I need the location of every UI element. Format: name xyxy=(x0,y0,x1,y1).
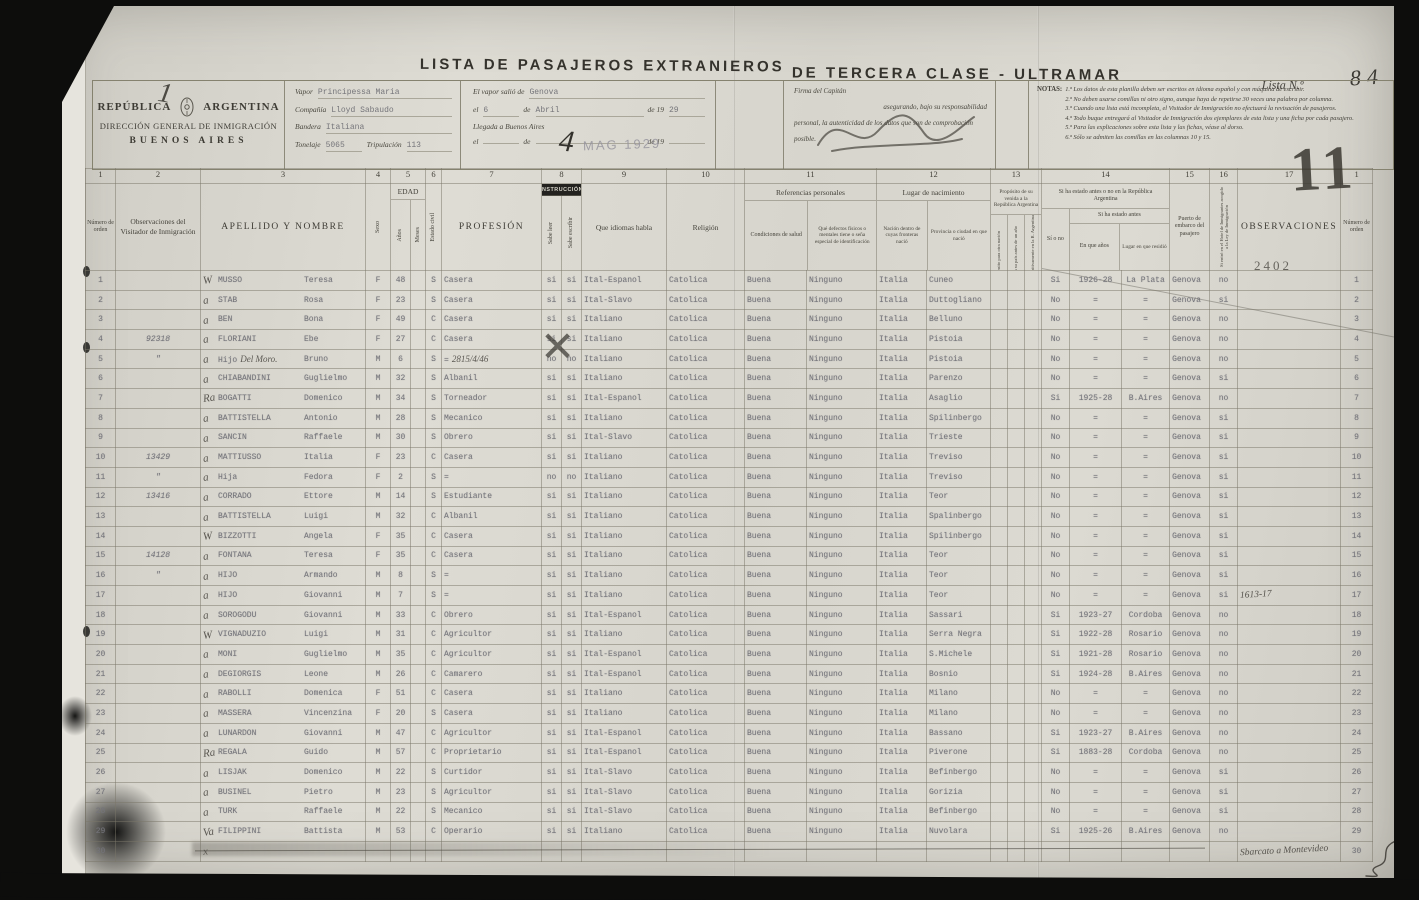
cell-observaciones xyxy=(1238,723,1341,743)
table-row: 27aBUSINELPietroM23SAgricultorsisiItal-S… xyxy=(86,782,1373,802)
cell-sabe-leer: si xyxy=(542,743,562,763)
cell-given-name: Domenica xyxy=(304,689,342,698)
bandera-label: Bandera xyxy=(295,122,321,131)
cell-entro-hotel: si xyxy=(1210,448,1238,468)
cell-sexo: M xyxy=(366,625,391,645)
cell-salud: Buena xyxy=(745,526,807,546)
cell-defectos: Ninguno xyxy=(807,763,877,783)
cell-lugar-residio: = xyxy=(1122,507,1170,527)
cell-sabe-leer: si xyxy=(542,625,562,645)
cell-edad-meses xyxy=(411,802,426,822)
cell-puerto-embarco: Genova xyxy=(1170,743,1210,763)
cell-en-que-anos xyxy=(1070,841,1122,861)
cell-en-que-anos: = xyxy=(1070,704,1122,724)
header-provincia: Provincia o ciudad en que nació xyxy=(927,201,990,270)
document-title-row: LISTA DE PASAJEROS EXTRANIEROS DE TERCER… xyxy=(62,47,1394,56)
cell-observaciones xyxy=(1238,566,1341,586)
cell-estado-civil: S xyxy=(426,763,442,783)
cell-estado-antes-si-no: Si xyxy=(1042,389,1070,409)
cell-proposito-transito xyxy=(991,428,1008,448)
cell-estado-antes-si-no: No xyxy=(1042,566,1070,586)
firma-label: Firma del Capitán xyxy=(794,87,987,95)
header-proposito-group: Propósito de su venida a la República Ar… xyxy=(991,184,1042,271)
cell-edad-meses xyxy=(411,743,426,763)
cell-proposito-volver xyxy=(1008,586,1025,606)
cell-given-name: Bona xyxy=(304,315,323,324)
cell-estado-civil: C xyxy=(426,625,442,645)
cell-proposito-radicarse xyxy=(1025,704,1042,724)
cell-profesion: Albanil xyxy=(442,369,542,389)
cell-provincia: Parenzo xyxy=(927,369,991,389)
cell-lugar-residio: La Plata xyxy=(1122,271,1170,291)
cell-religion: Catolica xyxy=(667,704,745,724)
cell-lugar-residio xyxy=(1122,841,1170,861)
cell-profesion: Casera xyxy=(442,684,542,704)
cell-observaciones xyxy=(1238,389,1341,409)
arrival-stamp-day: 4 xyxy=(557,124,575,159)
cell-profesion: Casera xyxy=(442,310,542,330)
cell-observaciones-visitador xyxy=(116,290,201,310)
passenger-rows: 1WMUSSOTeresaF48SCaserasisiItal-EspanolC… xyxy=(86,271,1373,862)
cell-estado-civil: S xyxy=(426,369,442,389)
cell-edad-meses xyxy=(411,467,426,487)
cell-entro-hotel: no xyxy=(1210,330,1238,350)
cell-apellido-nombre: aSANCINRaffaele xyxy=(201,428,366,448)
cell-defectos: Ninguno xyxy=(807,566,877,586)
cell-apellido-nombre: aBATTISTELLALuigi xyxy=(201,507,366,527)
cell-provincia: Milano xyxy=(927,684,991,704)
cell-lugar-residio: = xyxy=(1122,526,1170,546)
visitador-check-mark: a xyxy=(202,667,219,681)
cell-sabe-leer: si xyxy=(542,605,562,625)
cell-salud: Buena xyxy=(745,310,807,330)
cell-proposito-radicarse xyxy=(1025,723,1042,743)
cell-proposito-volver xyxy=(1008,526,1025,546)
visitador-check-mark: Ra xyxy=(202,746,219,760)
cell-sabe-leer: si xyxy=(542,448,562,468)
cell-estado-civil: S xyxy=(426,408,442,428)
cell-estado-antes-si-no: No xyxy=(1042,487,1070,507)
table-row: 25RaREGALAGuidoM57CProprietariosisiItal-… xyxy=(86,743,1373,763)
captain-signature-box: Firma del Capitán asegurando, bajo su re… xyxy=(784,81,996,169)
cell-religion: Catolica xyxy=(667,822,745,842)
cell-num-orden: 20 xyxy=(86,645,116,665)
cell-sexo: M xyxy=(366,586,391,606)
cell-observaciones xyxy=(1238,487,1341,507)
cell-observaciones xyxy=(1238,704,1341,724)
cell-lugar-residio: B.Aires xyxy=(1122,723,1170,743)
ship-box: VaporPrincipessa Maria CompañíaLloyd Sab… xyxy=(285,81,461,169)
cell-nacion: Italia xyxy=(877,487,927,507)
cell-idiomas: Italiano xyxy=(582,566,667,586)
cell-entro-hotel xyxy=(1210,841,1238,861)
cell-puerto-embarco: Genova xyxy=(1170,389,1210,409)
visitador-check-mark: a xyxy=(202,470,219,484)
cell-en-que-anos: = xyxy=(1070,290,1122,310)
cell-puerto-embarco: Genova xyxy=(1170,664,1210,684)
cell-proposito-transito xyxy=(991,802,1008,822)
cell-lugar-residio: = xyxy=(1122,487,1170,507)
cell-lugar-residio: = xyxy=(1122,349,1170,369)
cell-estado-antes-si-no: Si xyxy=(1042,271,1070,291)
cell-given-name: Teresa xyxy=(304,551,333,560)
cell-lugar-residio: = xyxy=(1122,330,1170,350)
cell-religion: Catolica xyxy=(667,389,745,409)
cell-religion: Catolica xyxy=(667,625,745,645)
cell-entro-hotel: si xyxy=(1210,546,1238,566)
cell-edad-anos: 35 xyxy=(391,645,411,665)
visitador-check-mark: W xyxy=(202,273,219,287)
cell-estado-antes-si-no: No xyxy=(1042,684,1070,704)
cell-nacion: Italia xyxy=(877,664,927,684)
cell-observaciones-visitador xyxy=(116,526,201,546)
cell-observaciones-visitador: 14128 xyxy=(116,546,201,566)
cell-surname: REGALA xyxy=(218,748,304,757)
cell-sexo: M xyxy=(366,763,391,783)
tonelaje-value: 5065 xyxy=(326,141,362,152)
table-row: 22aRABOLLIDomenicaF51CCaserasisiItaliano… xyxy=(86,684,1373,704)
cell-num-orden-right: 11 xyxy=(1341,467,1373,487)
cell-puerto-embarco: Genova xyxy=(1170,625,1210,645)
cell-en-que-anos: = xyxy=(1070,467,1122,487)
header-estado-antes-group: Si ha estado antes o no en la República … xyxy=(1042,184,1170,271)
cell-estado-civil: S xyxy=(426,389,442,409)
cell-observaciones-visitador: 13416 xyxy=(116,487,201,507)
cell-nacion: Italia xyxy=(877,605,927,625)
header-sabe-leer: Sabe leer xyxy=(548,222,555,244)
cell-num-orden-right: 10 xyxy=(1341,448,1373,468)
header-edad-group: EDAD Años Meses xyxy=(391,184,426,271)
cell-idiomas: Italiano xyxy=(582,625,667,645)
table-row: 17aHIJOGiovanniM7S=sisiItalianoCatolicaB… xyxy=(86,586,1373,606)
cell-observaciones xyxy=(1238,605,1341,625)
cell-profesion: Operario xyxy=(442,822,542,842)
cell-apellido-nombre: aBENBona xyxy=(201,310,366,330)
cell-sabe-escribir: si xyxy=(562,645,582,665)
table-row: 5″aHijoDel Moro.BrunoM6S=2815/4/46nonoIt… xyxy=(86,349,1373,369)
cell-observaciones-visitador xyxy=(116,645,201,665)
cell-sabe-escribir: si xyxy=(562,704,582,724)
cell-provincia: Treviso xyxy=(927,467,991,487)
cell-apellido-nombre: aBUSINELPietro xyxy=(201,782,366,802)
cell-provincia: Trieste xyxy=(927,428,991,448)
cell-salud: Buena xyxy=(745,507,807,527)
header-lugar-residio: Lugar en que residió xyxy=(1119,224,1169,270)
visitador-check-mark: a xyxy=(202,647,219,661)
cell-num-orden-right: 13 xyxy=(1341,507,1373,527)
cell-sexo: F xyxy=(366,546,391,566)
header-meses: Meses xyxy=(415,227,422,242)
header-nacion: Nación dentro de cuyas fronteras nació xyxy=(877,201,927,270)
cell-given-name: Bruno xyxy=(304,355,328,364)
cell-proposito-volver xyxy=(1008,763,1025,783)
cell-apellido-nombre: aMASSERAVincenzina xyxy=(201,704,366,724)
cell-sabe-escribir: si xyxy=(562,290,582,310)
bandera-value: Italiana xyxy=(326,123,452,134)
cell-estado-antes-si-no: No xyxy=(1042,507,1070,527)
cell-edad-anos: 6 xyxy=(391,349,411,369)
cell-religion: Catolica xyxy=(667,526,745,546)
visitador-check-mark: W xyxy=(202,628,219,642)
cell-salud: Buena xyxy=(745,546,807,566)
cell-observaciones xyxy=(1238,822,1341,842)
cell-sexo: M xyxy=(366,743,391,763)
cell-entro-hotel: no xyxy=(1210,645,1238,665)
cell-lugar-residio: Cordoba xyxy=(1122,605,1170,625)
cell-proposito-radicarse xyxy=(1025,408,1042,428)
cell-observaciones-visitador xyxy=(116,802,201,822)
cell-entro-hotel: no xyxy=(1210,271,1238,291)
cell-observaciones-visitador xyxy=(116,605,201,625)
cell-profesion: Agricultor xyxy=(442,645,542,665)
cell-num-orden-right: 27 xyxy=(1341,782,1373,802)
cell-sexo: M xyxy=(366,389,391,409)
cell-puerto-embarco: Genova xyxy=(1170,408,1210,428)
cell-surname: VIGNADUZIO xyxy=(218,630,304,639)
cell-salud: Buena xyxy=(745,664,807,684)
agency-direction: DIRECCIÓN GENERAL DE INMIGRACIÓN xyxy=(93,121,284,131)
cell-estado-civil: S xyxy=(426,349,442,369)
cell-num-orden: 29 xyxy=(86,822,116,842)
cell-profesion: Proprietario xyxy=(442,743,542,763)
cell-num-orden-right: 8 xyxy=(1341,408,1373,428)
el-label: el xyxy=(473,105,478,114)
cell-observaciones-visitador: ″ xyxy=(116,467,201,487)
cell-puerto-embarco: Genova xyxy=(1170,566,1210,586)
header-si-o-no: Sí o no xyxy=(1042,209,1069,270)
cell-given-name: Battista xyxy=(304,827,342,836)
cell-entro-hotel: si xyxy=(1210,763,1238,783)
cell-estado-antes-si-no: No xyxy=(1042,782,1070,802)
cell-surname: MATTIUSSO xyxy=(218,453,304,462)
cell-edad-meses xyxy=(411,625,426,645)
blank-box xyxy=(716,81,784,169)
paper-sheet: LISTA DE PASAJEROS EXTRANIEROS DE TERCER… xyxy=(62,6,1394,878)
scan-edge-right xyxy=(1394,0,1419,900)
cell-defectos: Ninguno xyxy=(807,605,877,625)
cell-num-orden: 8 xyxy=(86,408,116,428)
cell-surname: LUNARDON xyxy=(218,729,304,738)
cell-surname: BOGATTI xyxy=(218,394,304,403)
cell-nacion: Italia xyxy=(877,526,927,546)
cell-estado-antes-si-no: No xyxy=(1042,448,1070,468)
cell-en-que-anos: 1923-27 xyxy=(1070,723,1122,743)
cell-lugar-residio: Rosario xyxy=(1122,645,1170,665)
cell-entro-hotel: no xyxy=(1210,684,1238,704)
cell-edad-meses xyxy=(411,546,426,566)
passenger-table: 1 2 3 4 5 6 7 8 9 10 11 12 13 14 15 16 1 xyxy=(85,168,1373,862)
cell-religion: Catolica xyxy=(667,645,745,665)
cell-entro-hotel: si xyxy=(1210,802,1238,822)
cell-observaciones-visitador xyxy=(116,586,201,606)
cell-surname: FILIPPINI xyxy=(218,827,304,836)
cell-idiomas: Ital-Espanol xyxy=(582,664,667,684)
visitador-check-mark: Va xyxy=(202,825,219,839)
cell-edad-anos: 35 xyxy=(391,546,411,566)
cell-proposito-transito xyxy=(991,704,1008,724)
cell-defectos: Ninguno xyxy=(807,408,877,428)
cell-num-orden: 21 xyxy=(86,664,116,684)
cell-sexo: F xyxy=(366,310,391,330)
cell-en-que-anos: = xyxy=(1070,428,1122,448)
cell-proposito-radicarse xyxy=(1025,802,1042,822)
cell-religion: Catolica xyxy=(667,684,745,704)
cell-apellido-nombre: aSOROGODUGiovanni xyxy=(201,605,366,625)
cell-lugar-residio: B.Aires xyxy=(1122,664,1170,684)
cell-lugar-residio: = xyxy=(1122,704,1170,724)
cell-salud: Buena xyxy=(745,625,807,645)
cell-salud: Buena xyxy=(745,271,807,291)
col-num: 10 xyxy=(667,169,745,184)
cell-sabe-escribir: si xyxy=(562,605,582,625)
cell-provincia: Piverone xyxy=(927,743,991,763)
cell-religion: Catolica xyxy=(667,408,745,428)
cell-idiomas: Ital-Slavo xyxy=(582,782,667,802)
cell-lugar-residio: = xyxy=(1122,290,1170,310)
header-proposito-transito: Si viene de tránsito para otra nación xyxy=(996,231,1001,270)
cell-proposito-volver xyxy=(1008,645,1025,665)
cell-en-que-anos: = xyxy=(1070,586,1122,606)
cell-num-orden: 17 xyxy=(86,586,116,606)
cell-estado-antes-si-no: No xyxy=(1042,330,1070,350)
cell-lugar-residio: Rosario xyxy=(1122,625,1170,645)
cell-estado-antes-si-no: No xyxy=(1042,586,1070,606)
cell-observaciones xyxy=(1238,349,1341,369)
cell-profesion: Casera xyxy=(442,704,542,724)
cell-proposito-volver xyxy=(1008,664,1025,684)
dia-value: 6 xyxy=(483,106,519,117)
visitador-check-mark: a xyxy=(202,451,219,465)
cell-edad-anos: 23 xyxy=(391,782,411,802)
cell-profesion: Casera xyxy=(442,526,542,546)
cell-sabe-escribir: si xyxy=(562,586,582,606)
cell-estado-antes-si-no: Si xyxy=(1042,664,1070,684)
cell-defectos: Ninguno xyxy=(807,723,877,743)
cell-surname: RABOLLI xyxy=(218,689,304,698)
cell-profesion: = xyxy=(442,586,542,606)
cell-proposito-radicarse xyxy=(1025,586,1042,606)
cell-edad-anos: 7 xyxy=(391,586,411,606)
table-row: 13aBATTISTELLALuigiM32CAlbanilsisiItalia… xyxy=(86,507,1373,527)
cell-edad-meses xyxy=(411,507,426,527)
col-num: 6 xyxy=(426,169,442,184)
cell-proposito-transito xyxy=(991,310,1008,330)
cell-provincia: Gorizia xyxy=(927,782,991,802)
cell-proposito-radicarse xyxy=(1025,526,1042,546)
cell-num-orden: 13 xyxy=(86,507,116,527)
cell-profesion: = xyxy=(442,467,542,487)
cell-sabe-escribir: si xyxy=(562,566,582,586)
cell-entro-hotel: no xyxy=(1210,310,1238,330)
compania-value: Lloyd Sabaudo xyxy=(331,106,452,117)
cell-given-name: Giovanni xyxy=(304,611,342,620)
visitador-check-mark: a xyxy=(202,805,219,819)
cell-sexo: M xyxy=(366,605,391,625)
header-sabe-escribir: Sabe escribir xyxy=(568,217,575,248)
cell-surname: HIJO xyxy=(218,571,304,580)
stamped-number-2402: 2402 xyxy=(1254,258,1292,274)
cell-proposito-transito xyxy=(991,546,1008,566)
header-religion: Religión xyxy=(667,184,745,271)
cell-edad-meses xyxy=(411,310,426,330)
cell-estado-antes-si-no: No xyxy=(1042,428,1070,448)
cell-observaciones xyxy=(1238,546,1341,566)
cell-num-orden: 3 xyxy=(86,310,116,330)
cell-puerto-embarco: Genova xyxy=(1170,507,1210,527)
cell-proposito-volver xyxy=(1008,605,1025,625)
col-num: 12 xyxy=(877,169,991,184)
cell-puerto-embarco: Genova xyxy=(1170,428,1210,448)
cell-lugar-residio: = xyxy=(1122,467,1170,487)
cell-proposito-volver xyxy=(1008,625,1025,645)
cell-edad-meses xyxy=(411,271,426,291)
cell-edad-anos: 26 xyxy=(391,664,411,684)
cell-apellido-nombre: aMATTIUSSOItalia xyxy=(201,448,366,468)
cell-edad-meses xyxy=(411,428,426,448)
cell-edad-meses xyxy=(411,605,426,625)
cell-puerto-embarco xyxy=(1170,841,1210,861)
cell-en-que-anos: = xyxy=(1070,408,1122,428)
cell-apellido-nombre: aBATTISTELLAAntonio xyxy=(201,408,366,428)
cell-surname: CHIABANDINI xyxy=(218,374,304,383)
cell-defectos: Ninguno xyxy=(807,507,877,527)
visitador-check-mark: a xyxy=(202,549,219,563)
visitador-check-mark: a xyxy=(202,706,219,720)
cell-apellido-nombre: aFLORIANIEbe xyxy=(201,330,366,350)
nota-item: 5.ª Para las explicaciones sobre esta li… xyxy=(1065,124,1354,132)
cell-nacion: Italia xyxy=(877,290,927,310)
cell-observaciones-visitador xyxy=(116,408,201,428)
cell-apellido-nombre: aMONIGuglielmo xyxy=(201,645,366,665)
cell-provincia: Asaglio xyxy=(927,389,991,409)
cell-salud: Buena xyxy=(745,448,807,468)
cell-en-que-anos: = xyxy=(1070,684,1122,704)
cell-lugar-residio: = xyxy=(1122,408,1170,428)
cell-idiomas: Italiano xyxy=(582,349,667,369)
cell-idiomas: Italiano xyxy=(582,369,667,389)
cell-salud: Buena xyxy=(745,605,807,625)
table-row: 24aLUNARDONGiovanniM47CAgricultorsisiIta… xyxy=(86,723,1373,743)
table-row: 1WMUSSOTeresaF48SCaserasisiItal-EspanolC… xyxy=(86,271,1373,291)
handwritten-sheet-number: 11 xyxy=(1288,132,1358,206)
cell-edad-meses xyxy=(411,645,426,665)
cell-surname: BATTISTELLA xyxy=(218,512,304,521)
cell-proposito-volver xyxy=(1008,546,1025,566)
cell-nacion: Italia xyxy=(877,408,927,428)
cell-apellido-nombre: RaREGALAGuido xyxy=(201,743,366,763)
header-proposito-radicarse: Si piensa radicarse definitivamente en l… xyxy=(1030,215,1035,271)
cell-religion: Catolica xyxy=(667,546,745,566)
cell-sexo: F xyxy=(366,330,391,350)
tripulacion-label: Tripulación xyxy=(367,140,402,149)
cell-religion: Catolica xyxy=(667,507,745,527)
cell-proposito-transito xyxy=(991,763,1008,783)
cell-sabe-escribir: si xyxy=(562,763,582,783)
cell-estado-antes-si-no: No xyxy=(1042,369,1070,389)
cell-given-name: Luigi xyxy=(304,512,328,521)
cell-proposito-volver xyxy=(1008,743,1025,763)
cell-observaciones-visitador xyxy=(116,743,201,763)
cell-profesion: Mecanico xyxy=(442,408,542,428)
cell-proposito-transito xyxy=(991,408,1008,428)
cell-proposito-transito xyxy=(991,448,1008,468)
cell-proposito-volver xyxy=(1008,841,1025,861)
cell-observaciones xyxy=(1238,645,1341,665)
cell-puerto-embarco: Genova xyxy=(1170,645,1210,665)
cell-given-name: Pietro xyxy=(304,788,333,797)
cell-observaciones xyxy=(1238,310,1341,330)
cell-num-orden: 15 xyxy=(86,546,116,566)
